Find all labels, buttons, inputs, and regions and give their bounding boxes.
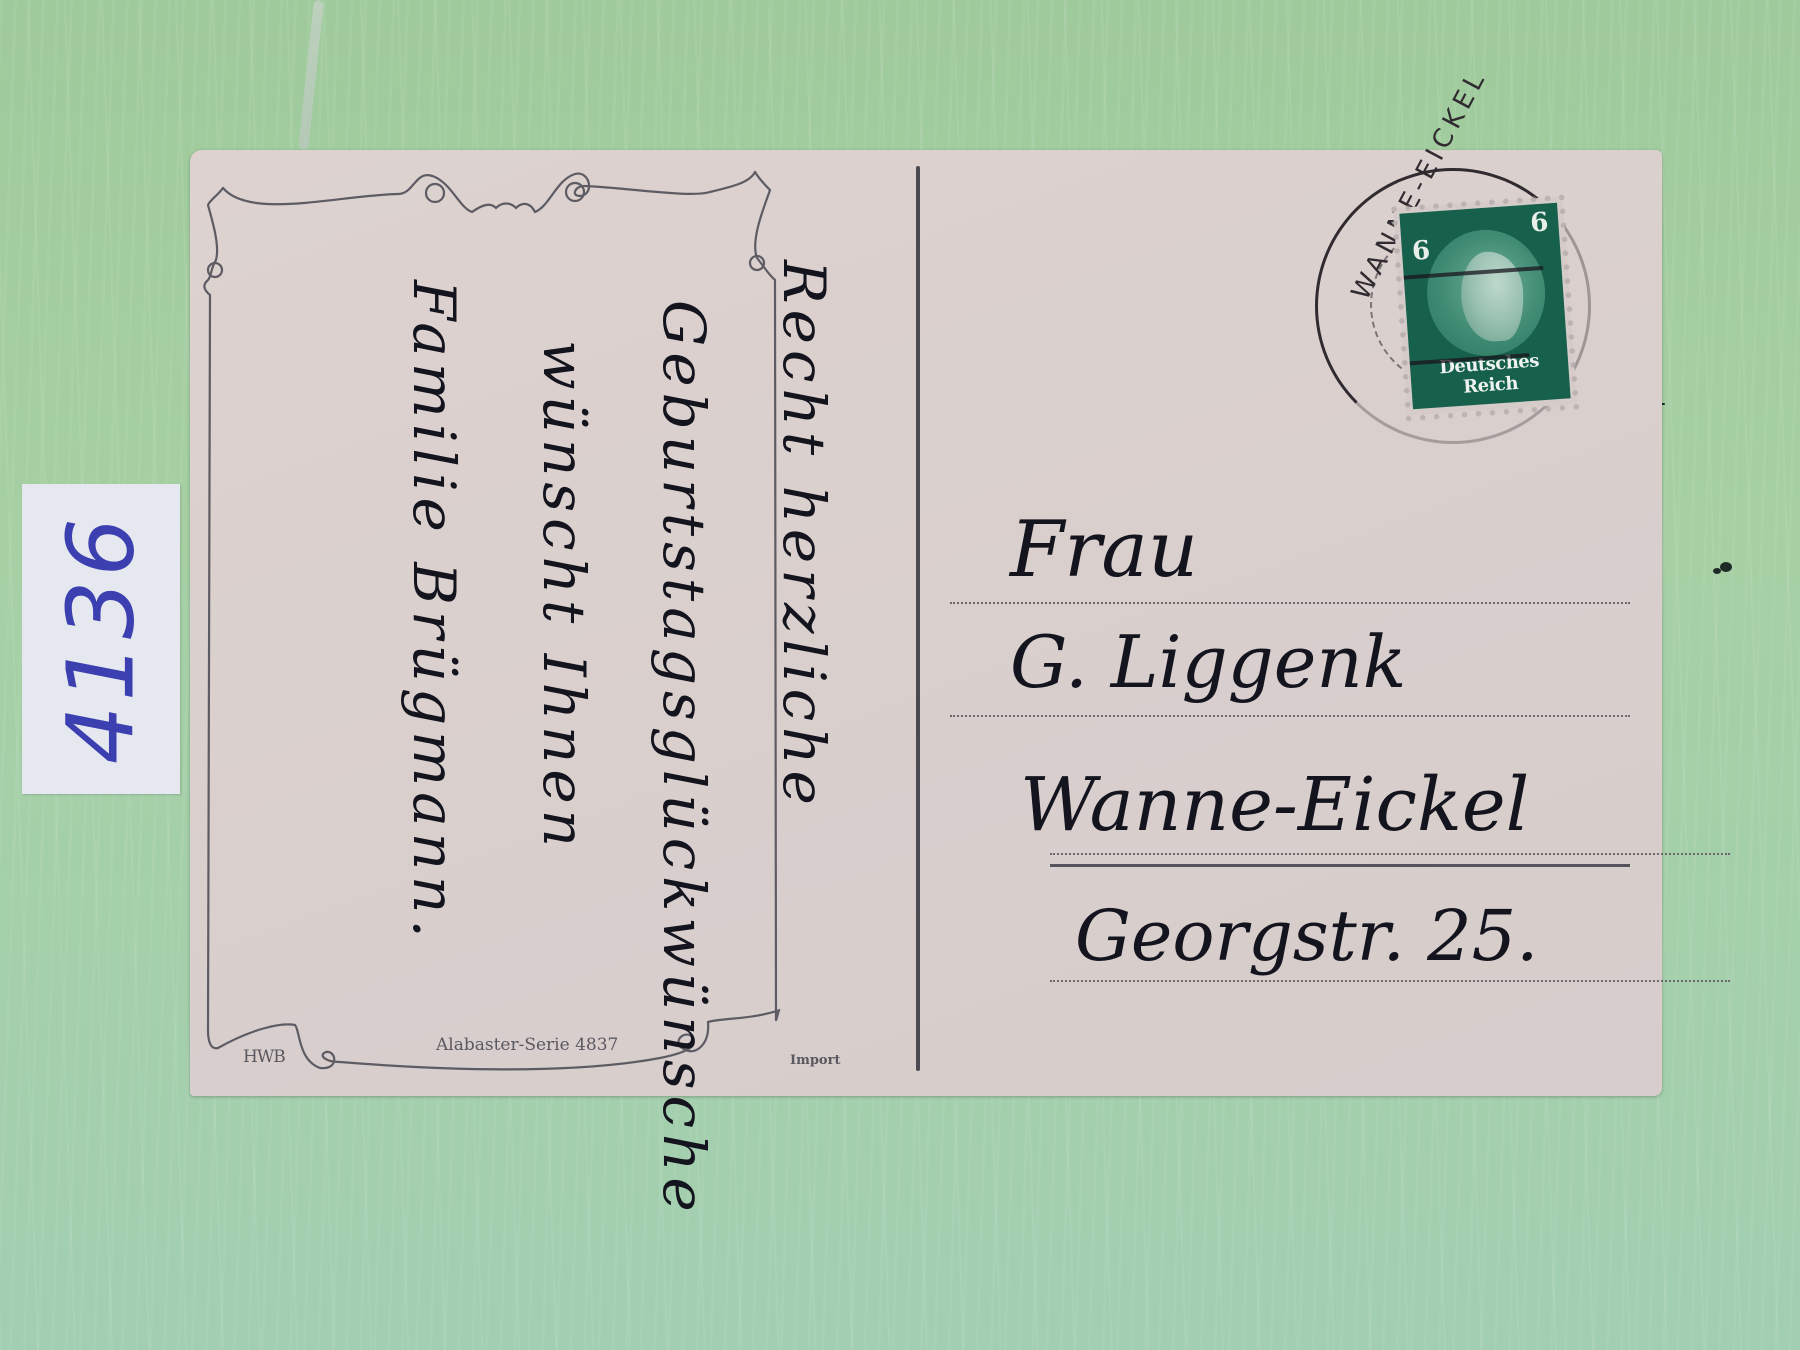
wall-stain <box>1713 568 1721 574</box>
address-rule <box>1050 853 1730 855</box>
wall-stain <box>1720 562 1732 572</box>
stamp-face: 6 6 Deutsches Reich <box>1399 203 1570 410</box>
import-imprint: Import <box>790 1053 840 1068</box>
inventory-number: 4136 <box>48 514 155 764</box>
postage-stamp: 6 6 Deutsches Reich <box>1393 196 1577 415</box>
stamp-value-right: 6 <box>1529 207 1549 238</box>
address-salutation: Frau <box>1010 505 1198 595</box>
inventory-label: 4136 <box>22 484 180 794</box>
city-underline <box>1050 864 1630 867</box>
message-text: Recht herzliche <box>770 260 838 811</box>
address-name: G. Liggenk <box>1010 620 1406 704</box>
address-rule <box>1050 980 1730 982</box>
stamp-value-left: 6 <box>1411 236 1431 267</box>
address-rule <box>950 602 1630 604</box>
portrait-icon <box>1458 249 1526 343</box>
postcard: HWB Alabaster-Serie 4837 Import Recht he… <box>190 150 1662 1096</box>
publisher-imprint: HWB <box>243 1047 285 1067</box>
address-rule <box>950 715 1630 717</box>
handwritten-message: Recht herzliche Geburtstagsglückwünsche … <box>278 240 938 1040</box>
wall-crack <box>298 0 324 150</box>
message-text: wünscht Ihnen <box>530 340 598 853</box>
message-text: Geburtstagsglückwünsche <box>650 300 718 1218</box>
message-text: Familie Brügmann. <box>400 280 468 944</box>
stamp-medallion <box>1423 226 1550 360</box>
address-city: Wanne-Eickel <box>1020 762 1529 848</box>
address-street: Georgstr. 25. <box>1075 895 1538 977</box>
